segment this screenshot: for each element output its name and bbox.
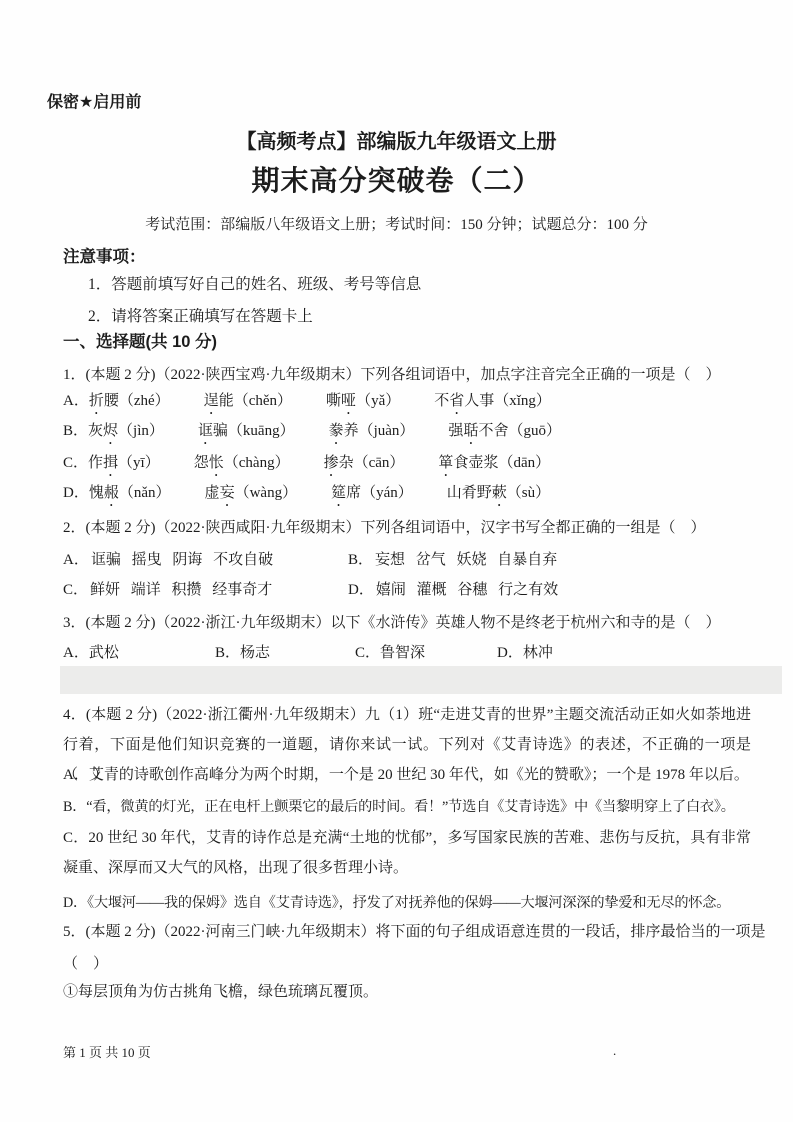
dotted-char: 烬 bbox=[103, 423, 118, 439]
q3-option-b-text: 杨志 bbox=[240, 645, 270, 661]
q2-option-a-text: 诓骗 摇曳 阴诲 不攻自破 bbox=[91, 552, 273, 568]
q3-option-a: A．武松 bbox=[63, 638, 215, 668]
notice-item-1: 1．答题前填写好自己的姓名、班级、考号等信息 bbox=[88, 270, 776, 300]
q3-option-b-label: B． bbox=[215, 645, 240, 661]
q3-option-d-text: 林冲 bbox=[523, 645, 553, 661]
q1-option-b-words: 灰烬（jìn）诓骗（kuāng）豢养（juàn）强聒不舍（guō） bbox=[88, 423, 595, 439]
q1-option-b: B．灰烬（jìn）诓骗（kuāng）豢养（juàn）强聒不舍（guō） bbox=[63, 416, 751, 448]
q1-option-d-label: D． bbox=[63, 485, 89, 501]
highlight-band bbox=[60, 666, 782, 694]
pinyin-word: 怨怅（chàng） bbox=[194, 455, 290, 471]
dotted-char: 聒 bbox=[463, 423, 478, 439]
page-title: 期末高分突破卷（二） bbox=[0, 161, 793, 201]
q1-option-c-label: C． bbox=[63, 455, 88, 471]
q3-option-b: B．杨志 bbox=[215, 638, 355, 668]
pinyin-word: 掺杂（cān） bbox=[324, 455, 405, 471]
q3-option-c-text: 鲁智深 bbox=[380, 645, 425, 661]
q2-option-b: B．妄想 岔气 妖娆 自暴自弃 bbox=[348, 545, 751, 575]
q3-option-d: D．林冲 bbox=[497, 638, 751, 668]
q2-option-c: C．鲜妍 端详 积攒 经事奇才 bbox=[63, 575, 348, 605]
q5-sentence-1: ①每层顶角为仿古挑角飞檐，绿色琉璃瓦覆顶。 bbox=[63, 977, 751, 1007]
q2-stem: 2．(本题 2 分)（2022·陕西咸阳·九年级期末）下列各组词语中，汉字书写全… bbox=[63, 513, 751, 543]
q3-stem: 3．(本题 2 分)（2022·浙江·九年级期末）以下《水浒传》英雄人物不是终老… bbox=[63, 608, 751, 638]
q2-option-d: D．嬉闹 灌概 谷穗 行之有效 bbox=[348, 575, 751, 605]
pinyin-word: 豢养（juàn） bbox=[329, 423, 415, 439]
pinyin-word: 愧赧（nǎn） bbox=[89, 485, 171, 501]
confidential-label: 保密★启用前 bbox=[47, 88, 735, 118]
pinyin-word: 强聒不舍（guō） bbox=[448, 423, 561, 439]
q2-option-c-label: C． bbox=[63, 582, 88, 598]
q4-option-b-text: “看，微黄的灯光，正在电杆上颤栗它的最后的时间。看！”节选自《艾青诗选》中《当黎… bbox=[86, 799, 735, 815]
q1-option-a-label: A． bbox=[63, 393, 89, 409]
q4-option-c-label: C． bbox=[63, 830, 88, 846]
q4-option-c: C．20 世纪 30 年代，艾青的诗作总是充满“土地的忧郁”，多写国家民族的苦难… bbox=[63, 824, 751, 883]
q4-option-b-label: B． bbox=[63, 799, 86, 815]
notice-heading: 注意事项： bbox=[63, 242, 751, 272]
dotted-char: 筵 bbox=[331, 485, 346, 501]
q3-option-c: C．鲁智深 bbox=[355, 638, 497, 668]
q2-option-b-label: B． bbox=[348, 552, 373, 568]
pinyin-word: 逞能（chěn） bbox=[204, 393, 292, 409]
pinyin-word: 嘶哑（yǎ） bbox=[326, 393, 400, 409]
q1-option-a: A．折腰（zhé）逞能（chěn）嘶哑（yǎ）不省人事（xǐng） bbox=[63, 386, 751, 418]
exam-info: 考试范围：部编版八年级语文上册；考试时间：150 分钟；试题总分：100 分 bbox=[0, 210, 793, 240]
q4-option-b: B．“看，微黄的灯光，正在电杆上颤栗它的最后的时间。看！”节选自《艾青诗选》中《… bbox=[63, 792, 751, 822]
pinyin-word: 灰烬（jìn） bbox=[88, 423, 164, 439]
stray-dot: . bbox=[613, 1036, 633, 1066]
dotted-char: 箪 bbox=[438, 455, 453, 471]
pinyin-word: 虚妄（wàng） bbox=[205, 485, 298, 501]
q4-option-c-text: 20 世纪 30 年代，艾青的诗作总是充满“土地的忧郁”，多写国家民族的苦难、悲… bbox=[63, 830, 751, 876]
pinyin-word: 山肴野蔌（sù） bbox=[447, 485, 550, 501]
q3-option-a-text: 武松 bbox=[89, 645, 119, 661]
q2-option-a: A．诓骗 摇曳 阴诲 不攻自破 bbox=[63, 545, 348, 575]
q2-option-d-label: D． bbox=[348, 582, 374, 598]
q4-option-a-text: 艾青的诗歌创作高峰分为两个时期，一个是 20 世纪 30 年代，如《光的赞歌》；… bbox=[89, 767, 749, 783]
dotted-char: 折 bbox=[89, 393, 104, 409]
q5-stem: 5．(本题 2 分)（2022·河南三门峡·九年级期末）将下面的句子组成语意连贯… bbox=[63, 917, 751, 947]
q1-option-c: C．作揖（yī）怨怅（chàng）掺杂（cān）箪食壶浆（dān） bbox=[63, 448, 751, 480]
pinyin-word: 箪食壶浆（dān） bbox=[438, 455, 550, 471]
dotted-char: 蔌 bbox=[492, 485, 507, 501]
page-footer: 第 1 页 共 10 页 bbox=[63, 1038, 751, 1068]
q2-options-row-2: C．鲜妍 端详 积攒 经事奇才 D．嬉闹 灌概 谷穗 行之有效 bbox=[63, 575, 751, 605]
q2-option-d-text: 嬉闹 灌概 谷穗 行之有效 bbox=[376, 582, 558, 598]
q4-option-a: A．艾青的诗歌创作高峰分为两个时期，一个是 20 世纪 30 年代，如《光的赞歌… bbox=[63, 760, 751, 790]
q2-options-row-1: A．诓骗 摇曳 阴诲 不攻自破 B．妄想 岔气 妖娆 自暴自弃 bbox=[63, 545, 751, 575]
pinyin-word: 不省人事（xǐng） bbox=[434, 393, 551, 409]
q1-option-c-words: 作揖（yī）怨怅（chàng）掺杂（cān）箪食壶浆（dān） bbox=[88, 455, 584, 471]
series-title: 【高频考点】部编版九年级语文上册 bbox=[0, 127, 793, 157]
exam-paper-page: 保密★启用前 【高频考点】部编版九年级语文上册 期末高分突破卷（二） 考试范围：… bbox=[0, 0, 793, 1122]
q4-option-d-text: 《大堰河——我的保姆》选自《艾青诗选》，抒发了对抚养他的保姆——大堰河深深的挚爱… bbox=[87, 895, 730, 911]
dotted-char: 诓 bbox=[198, 423, 213, 439]
q3-option-a-label: A． bbox=[63, 645, 89, 661]
q4-option-a-label: A． bbox=[63, 767, 89, 783]
q4-option-d-label: D． bbox=[63, 895, 87, 911]
section-heading: 一、选择题(共 10 分) bbox=[63, 327, 751, 357]
dotted-char: 省 bbox=[449, 393, 464, 409]
dotted-char: 豢 bbox=[329, 423, 344, 439]
pinyin-word: 折腰（zhé） bbox=[89, 393, 170, 409]
dotted-char: 哑 bbox=[341, 393, 356, 409]
q2-option-a-label: A． bbox=[63, 552, 89, 568]
q4-option-d: D．《大堰河——我的保姆》选自《艾青诗选》，抒发了对抚养他的保姆——大堰河深深的… bbox=[63, 888, 751, 918]
q2-option-b-text: 妄想 岔气 妖娆 自暴自弃 bbox=[375, 552, 557, 568]
pinyin-word: 筵席（yán） bbox=[331, 485, 413, 501]
dotted-char: 赧 bbox=[104, 485, 119, 501]
q1-option-a-words: 折腰（zhé）逞能（chěn）嘶哑（yǎ）不省人事（xǐng） bbox=[89, 393, 585, 409]
q3-option-d-label: D． bbox=[497, 645, 523, 661]
q3-options-row: A．武松 B．杨志 C．鲁智深 D．林冲 bbox=[63, 638, 751, 668]
q1-option-b-label: B． bbox=[63, 423, 88, 439]
dotted-char: 逞 bbox=[204, 393, 219, 409]
q5-stem-parentheses: （ ） bbox=[63, 949, 751, 979]
q2-option-c-text: 鲜妍 端详 积攒 经事奇才 bbox=[90, 582, 272, 598]
pinyin-word: 作揖（yī） bbox=[88, 455, 160, 471]
dotted-char: 妄 bbox=[220, 485, 235, 501]
pinyin-word: 诓骗（kuāng） bbox=[198, 423, 295, 439]
q3-option-c-label: C． bbox=[355, 645, 380, 661]
q1-option-d: D．愧赧（nǎn）虚妄（wàng）筵席（yán）山肴野蔌（sù） bbox=[63, 478, 751, 510]
dotted-char: 揖 bbox=[103, 455, 118, 471]
dotted-char: 掺 bbox=[324, 455, 339, 471]
dotted-char: 怅 bbox=[209, 455, 224, 471]
q1-option-d-words: 愧赧（nǎn）虚妄（wàng）筵席（yán）山肴野蔌（sù） bbox=[89, 485, 584, 501]
